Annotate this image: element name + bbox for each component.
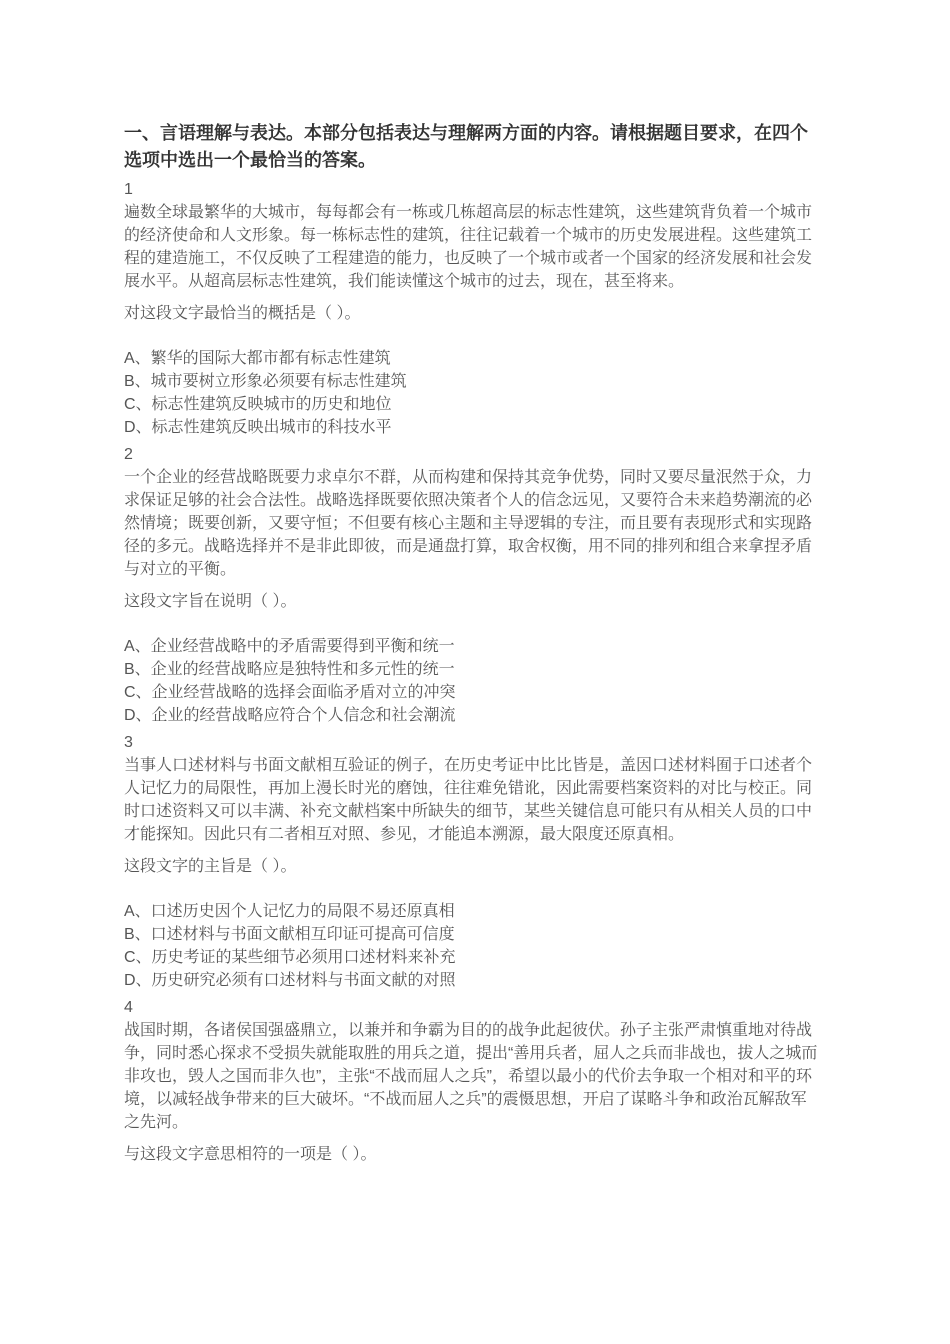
options-list: A、口述历史因个人记忆力的局限不易还原真相 B、口述材料与书面文献相互印证可提高…: [124, 900, 822, 992]
question-block-3: 3 当事人口述材料与书面文献相互验证的例子，在历史考证中比比皆是，盖因口述材料囿…: [124, 731, 822, 992]
document-page: 一、言语理解与表达。本部分包括表达与理解两方面的内容。请根据题目要求，在四个选项…: [124, 120, 822, 1188]
question-passage: 遍数全球最繁华的大城市，每每都会有一栋或几栋超高层的标志性建筑，这些建筑背负着一…: [124, 201, 822, 293]
question-block-1: 1 遍数全球最繁华的大城市，每每都会有一栋或几栋超高层的标志性建筑，这些建筑背负…: [124, 178, 822, 439]
option-a: A、繁华的国际大都市都有标志性建筑: [124, 347, 822, 370]
question-passage: 当事人口述材料与书面文献相互验证的例子，在历史考证中比比皆是，盖因口述材料囿于口…: [124, 754, 822, 846]
options-list: A、企业经营战略中的矛盾需要得到平衡和统一 B、企业的经营战略应是独特性和多元性…: [124, 635, 822, 727]
question-block-2: 2 一个企业的经营战略既要力求卓尔不群，从而构建和保持其竞争优势，同时又要尽量泯…: [124, 443, 822, 727]
question-stem: 这段文字的主旨是（ ）。: [124, 855, 822, 878]
options-list: A、繁华的国际大都市都有标志性建筑 B、城市要树立形象必须要有标志性建筑 C、标…: [124, 347, 822, 439]
option-b: B、口述材料与书面文献相互印证可提高可信度: [124, 923, 822, 946]
option-c: C、标志性建筑反映城市的历史和地位: [124, 393, 822, 416]
option-d: D、标志性建筑反映出城市的科技水平: [124, 416, 822, 439]
question-passage: 一个企业的经营战略既要力求卓尔不群，从而构建和保持其竞争优势，同时又要尽量泯然于…: [124, 466, 822, 581]
question-stem: 对这段文字最恰当的概括是（ ）。: [124, 302, 822, 325]
option-d: D、企业的经营战略应符合个人信念和社会潮流: [124, 704, 822, 727]
section-heading: 一、言语理解与表达。本部分包括表达与理解两方面的内容。请根据题目要求，在四个选项…: [124, 120, 822, 174]
question-number: 3: [124, 731, 822, 754]
option-d: D、历史研究必须有口述材料与书面文献的对照: [124, 969, 822, 992]
question-stem: 与这段文字意思相符的一项是（ ）。: [124, 1143, 822, 1166]
option-b: B、企业的经营战略应是独特性和多元性的统一: [124, 658, 822, 681]
question-block-4: 4 战国时期，各诸侯国强盛鼎立，以兼并和争霸为目的的战争此起彼伏。孙子主张严肃慎…: [124, 996, 822, 1166]
question-number: 4: [124, 996, 822, 1019]
option-c: C、历史考证的某些细节必须用口述材料来补充: [124, 946, 822, 969]
option-a: A、企业经营战略中的矛盾需要得到平衡和统一: [124, 635, 822, 658]
question-number: 2: [124, 443, 822, 466]
question-number: 1: [124, 178, 822, 201]
option-c: C、企业经营战略的选择会面临矛盾对立的冲突: [124, 681, 822, 704]
option-a: A、口述历史因个人记忆力的局限不易还原真相: [124, 900, 822, 923]
option-b: B、城市要树立形象必须要有标志性建筑: [124, 370, 822, 393]
question-stem: 这段文字旨在说明（ ）。: [124, 590, 822, 613]
question-passage: 战国时期，各诸侯国强盛鼎立，以兼并和争霸为目的的战争此起彼伏。孙子主张严肃慎重地…: [124, 1019, 822, 1134]
